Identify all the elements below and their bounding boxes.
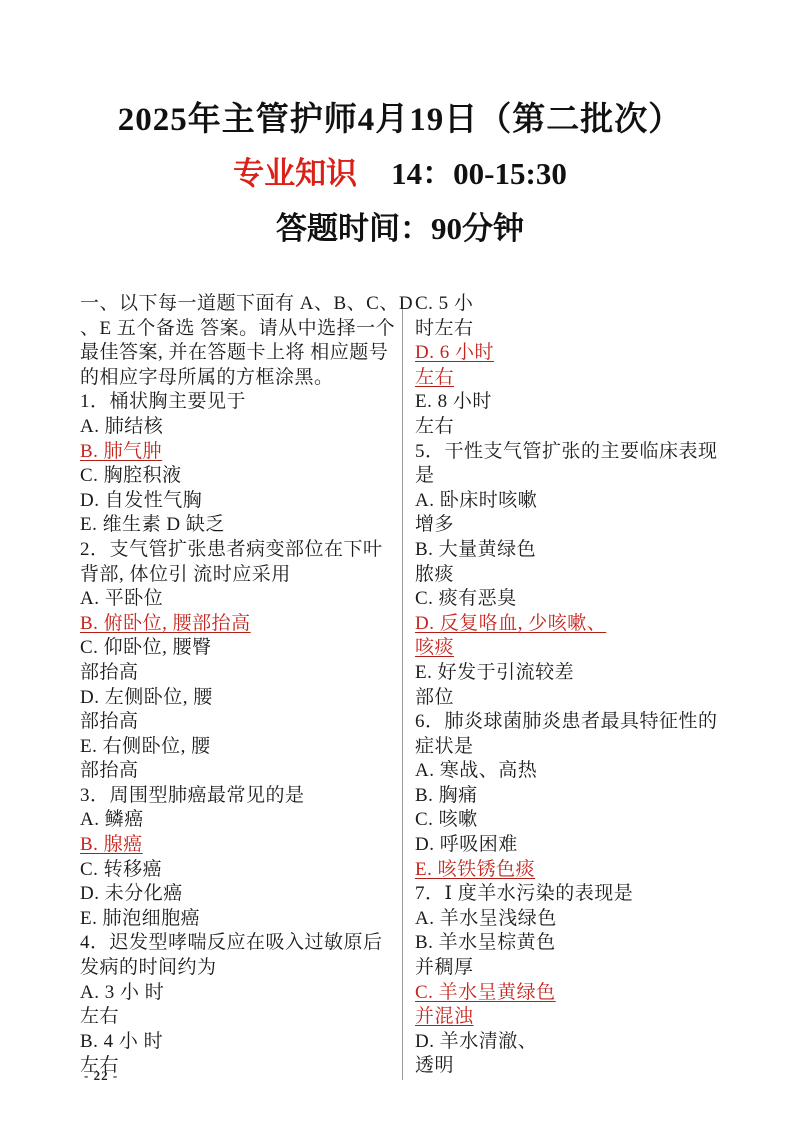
- answer-line: B. 肺气肿: [80, 440, 402, 465]
- answer-line: E. 咳铁锈色痰: [415, 858, 740, 883]
- answer-line: D. 反复咯血, 少咳嗽、: [415, 612, 740, 637]
- answer-line: 左右: [415, 366, 740, 391]
- text-line: D. 左侧卧位, 腰: [80, 686, 402, 711]
- text-line: B. 大量黄绿色: [415, 538, 740, 563]
- exam-title: 2025年主管护师4月19日（第二批次）: [0, 96, 800, 144]
- text-line: 1．桶状胸主要见于: [80, 390, 402, 415]
- text-line: 部抬高: [80, 759, 402, 784]
- text-line: 发病的时间约为: [80, 956, 402, 981]
- page-number: - 22 -: [84, 1068, 118, 1084]
- text-line: A. 3 小 时: [80, 981, 402, 1006]
- exam-title-block: 2025年主管护师4月19日（第二批次） 专业知识14：00-15:30 答题时…: [0, 96, 800, 254]
- text-line: C. 痰有恶臭: [415, 587, 740, 612]
- text-line: 时左右: [415, 317, 740, 342]
- text-line: 背部, 体位引 流时应采用: [80, 563, 402, 588]
- text-line: 的相应字母所属的方框涂黑。: [80, 366, 402, 391]
- text-line: 6．肺炎球菌肺炎患者最具特征性的: [415, 710, 740, 735]
- text-line: 部抬高: [80, 661, 402, 686]
- text-line: 5．干性支气管扩张的主要临床表现: [415, 440, 740, 465]
- text-line: 7．Ⅰ 度羊水污染的表现是: [415, 882, 740, 907]
- text-line: 一、以下每一道题下面有 A、B、C、D: [80, 292, 402, 317]
- text-line: D. 呼吸困难: [415, 833, 740, 858]
- text-line: D. 未分化癌: [80, 882, 402, 907]
- text-line: 脓痰: [415, 563, 740, 588]
- text-line: A. 鳞癌: [80, 808, 402, 833]
- text-line: 左右: [80, 1054, 402, 1079]
- text-line: C. 胸腔积液: [80, 464, 402, 489]
- text-line: E. 好发于引流较差: [415, 661, 740, 686]
- text-line: D. 羊水清澈、: [415, 1030, 740, 1055]
- exam-duration: 答题时间：90分钟: [0, 204, 800, 254]
- answer-line: 咳痰: [415, 636, 740, 661]
- answer-line: B. 腺癌: [80, 833, 402, 858]
- text-line: E. 维生素 D 缺乏: [80, 513, 402, 538]
- text-line: D. 自发性气胸: [80, 489, 402, 514]
- text-line: C. 转移癌: [80, 858, 402, 883]
- text-line: A. 平卧位: [80, 587, 402, 612]
- text-line: A. 寒战、高热: [415, 759, 740, 784]
- text-line: 并稠厚: [415, 956, 740, 981]
- text-line: 症状是: [415, 735, 740, 760]
- text-line: E. 8 小时: [415, 390, 740, 415]
- text-line: E. 肺泡细胞癌: [80, 907, 402, 932]
- text-line: C. 5 小: [415, 292, 740, 317]
- text-line: C. 咳嗽: [415, 808, 740, 833]
- text-line: 左右: [415, 415, 740, 440]
- text-line: 部抬高: [80, 710, 402, 735]
- text-line: 部位: [415, 686, 740, 711]
- subject-name: 专业知识: [233, 156, 357, 191]
- text-line: 增多: [415, 513, 740, 538]
- answer-line: B. 俯卧位, 腰部抬高: [80, 612, 402, 637]
- left-column: 一、以下每一道题下面有 A、B、C、D、E 五个备选 答案。请从中选择一个最佳答…: [80, 292, 402, 1079]
- text-line: 3．周围型肺癌最常见的是: [80, 784, 402, 809]
- text-line: 最佳答案, 并在答题卡上将 相应题号: [80, 341, 402, 366]
- text-line: B. 胸痛: [415, 784, 740, 809]
- text-line: A. 羊水呈浅绿色: [415, 907, 740, 932]
- text-line: A. 肺结核: [80, 415, 402, 440]
- text-line: 、E 五个备选 答案。请从中选择一个: [80, 317, 402, 342]
- answer-line: C. 羊水呈黄绿色: [415, 981, 740, 1006]
- text-line: 2．支气管扩张患者病变部位在下叶: [80, 538, 402, 563]
- right-column: C. 5 小时左右D. 6 小时左右E. 8 小时左右5．干性支气管扩张的主要临…: [415, 292, 740, 1079]
- text-line: C. 仰卧位, 腰臀: [80, 636, 402, 661]
- text-line: 4．迟发型哮喘反应在吸入过敏原后: [80, 931, 402, 956]
- text-line: 左右: [80, 1005, 402, 1030]
- exam-subtitle: 专业知识14：00-15:30: [0, 148, 800, 200]
- text-line: 是: [415, 464, 740, 489]
- text-line: B. 羊水呈棕黄色: [415, 931, 740, 956]
- text-line: B. 4 小 时: [80, 1030, 402, 1055]
- text-line: E. 右侧卧位, 腰: [80, 735, 402, 760]
- answer-line: D. 6 小时: [415, 341, 740, 366]
- exam-time-range: 14：00-15:30: [391, 156, 567, 191]
- text-line: 透明: [415, 1054, 740, 1079]
- answer-line: 并混浊: [415, 1005, 740, 1030]
- exam-body: 一、以下每一道题下面有 A、B、C、D、E 五个备选 答案。请从中选择一个最佳答…: [80, 292, 740, 1079]
- text-line: A. 卧床时咳嗽: [415, 489, 740, 514]
